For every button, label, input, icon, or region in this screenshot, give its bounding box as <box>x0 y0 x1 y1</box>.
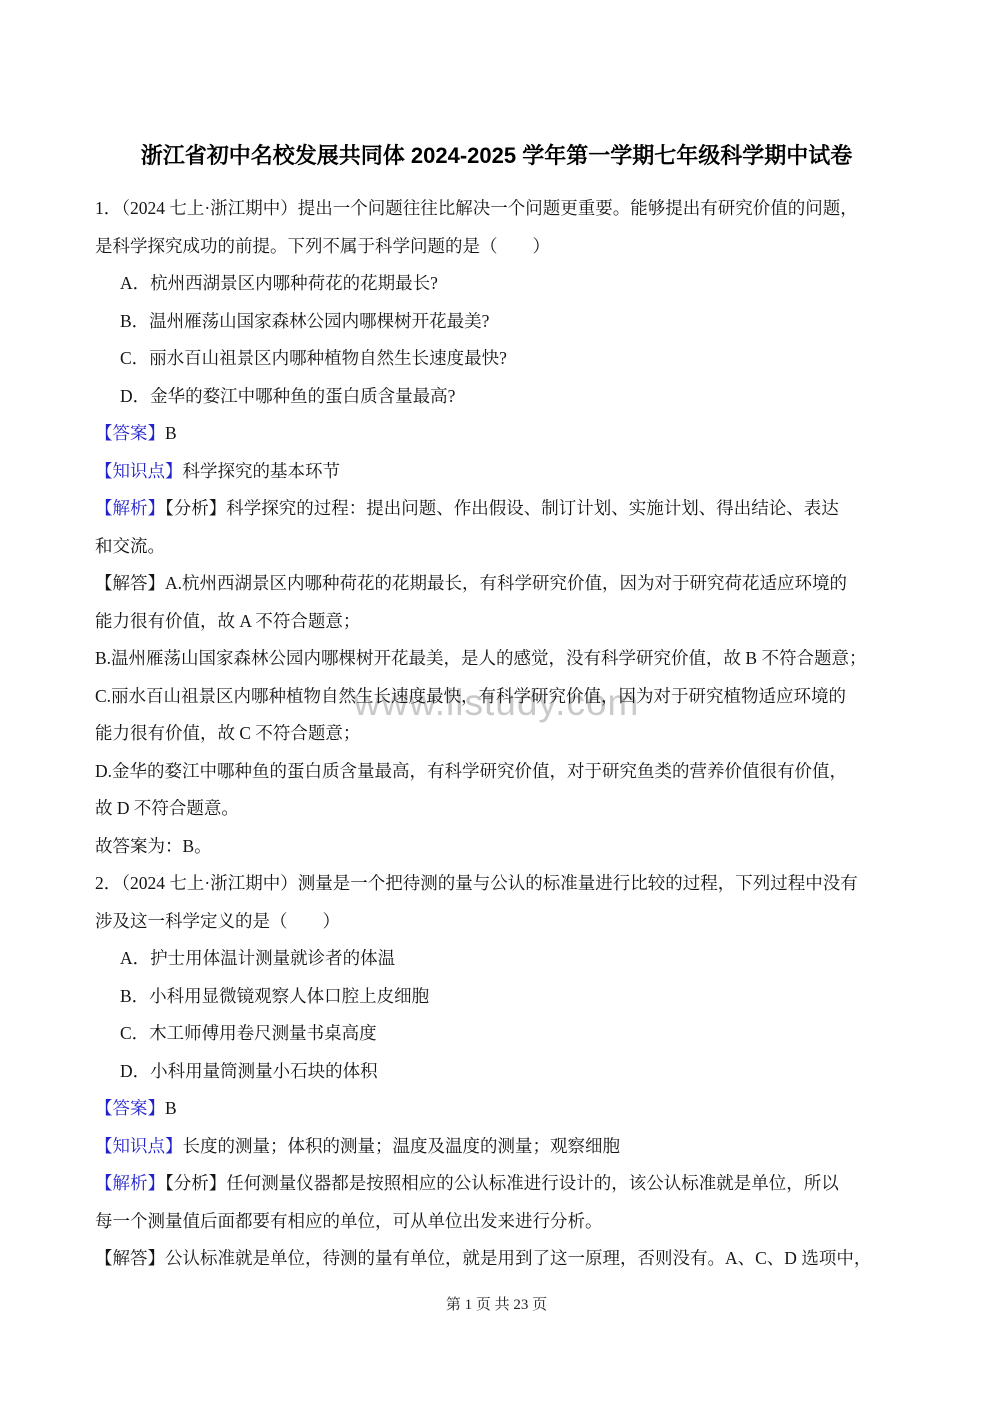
line-text: D．小科用量筒测量小石块的体积 <box>120 1061 378 1081</box>
line-text: B.温州雁荡山国家森林公园内哪棵树开花最美，是人的感觉，没有科学研究价值，故 B… <box>95 648 866 668</box>
line-text: 【分析】科学探究的过程：提出问题、作出假设、制订计划、实施计划、得出结论、表达 <box>165 498 839 518</box>
q1-answer-line: 【答案】B <box>95 415 907 453</box>
line-text: 【分析】任何测量仪器都是按照相应的公认标准进行设计的，该公认标准就是单位，所以 <box>165 1173 839 1193</box>
q1-solution-line-4: C.丽水百山祖景区内哪种植物自然生长速度最快，有科学研究价值，因为对于研究植物适… <box>95 678 907 716</box>
q1-solution-line-6: D.金华的婺江中哪种鱼的蛋白质含量最高，有科学研究价值，对于研究鱼类的营养价值很… <box>95 753 907 791</box>
q1-conclusion-line: 故答案为：B。 <box>95 828 907 866</box>
q1-knowledge-points-line: 【知识点】科学探究的基本环节 <box>95 453 907 491</box>
line-text: 涉及这一科学定义的是（ ） <box>95 911 340 931</box>
q1-analysis-line-2: 和交流。 <box>95 528 907 566</box>
line-text: 2．（2024 七上·浙江期中）测量是一个把待测的量与公认的标准量进行比较的过程… <box>95 873 858 893</box>
line-text: B <box>165 1098 177 1118</box>
knowledge-label: 【知识点】 <box>95 1136 183 1156</box>
line-text: D.金华的婺江中哪种鱼的蛋白质含量最高，有科学研究价值，对于研究鱼类的营养价值很… <box>95 761 847 781</box>
analysis-label: 【解析】 <box>95 1173 165 1193</box>
line-text: B．温州雁荡山国家森林公园内哪棵树开花最美? <box>120 311 489 331</box>
q1-option-c: C．丽水百山祖景区内哪种植物自然生长速度最快? <box>95 340 907 378</box>
line-text: 科学探究的基本环节 <box>183 461 341 481</box>
line-text: 能力很有价值，故 A 不符合题意； <box>95 611 360 631</box>
document-body: 1．（2024 七上·浙江期中）提出一个问题往往比解决一个问题更重要。能够提出有… <box>95 190 907 1278</box>
q1-option-b: B．温州雁荡山国家森林公园内哪棵树开花最美? <box>95 303 907 341</box>
q1-stem-line-1: 1．（2024 七上·浙江期中）提出一个问题往往比解决一个问题更重要。能够提出有… <box>95 190 907 228</box>
line-text: 长度的测量；体积的测量；温度及温度的测量；观察细胞 <box>183 1136 621 1156</box>
answer-label: 【答案】 <box>95 1098 165 1118</box>
knowledge-label: 【知识点】 <box>95 461 183 481</box>
q2-option-b: B．小科用显微镜观察人体口腔上皮细胞 <box>95 978 907 1016</box>
q1-option-d: D．金华的婺江中哪种鱼的蛋白质含量最高? <box>95 378 907 416</box>
q1-analysis-line-1: 【解析】【分析】科学探究的过程：提出问题、作出假设、制订计划、实施计划、得出结论… <box>95 490 907 528</box>
page-footer: 第 1 页 共 23 页 <box>0 1293 993 1314</box>
line-text: C．木工师傅用卷尺测量书桌高度 <box>120 1023 377 1043</box>
line-text: A．护士用体温计测量就诊者的体温 <box>120 948 395 968</box>
line-text: B <box>165 423 177 443</box>
q1-solution-line-1: 【解答】A.杭州西湖景区内哪种荷花的花期最长，有科学研究价值，因为对于研究荷花适… <box>95 565 907 603</box>
line-text: C．丽水百山祖景区内哪种植物自然生长速度最快? <box>120 348 507 368</box>
page-title: 浙江省初中名校发展共同体 2024-2025 学年第一学期七年级科学期中试卷 <box>0 139 993 170</box>
line-text: 故 D 不符合题意。 <box>95 798 239 818</box>
q1-solution-line-2: 能力很有价值，故 A 不符合题意； <box>95 603 907 641</box>
q2-option-d: D．小科用量筒测量小石块的体积 <box>95 1053 907 1091</box>
line-text: 是科学探究成功的前提。下列不属于科学问题的是（ ） <box>95 236 550 256</box>
answer-label: 【答案】 <box>95 423 165 443</box>
q1-option-a: A．杭州西湖景区内哪种荷花的花期最长? <box>95 265 907 303</box>
line-text: 1．（2024 七上·浙江期中）提出一个问题往往比解决一个问题更重要。能够提出有… <box>95 198 858 218</box>
q2-option-c: C．木工师傅用卷尺测量书桌高度 <box>95 1015 907 1053</box>
q1-solution-line-7: 故 D 不符合题意。 <box>95 790 907 828</box>
analysis-label: 【解析】 <box>95 498 165 518</box>
q2-answer-line: 【答案】B <box>95 1090 907 1128</box>
q1-stem-line-2: 是科学探究成功的前提。下列不属于科学问题的是（ ） <box>95 228 907 266</box>
line-text: B．小科用显微镜观察人体口腔上皮细胞 <box>120 986 429 1006</box>
q2-stem-line-1: 2．（2024 七上·浙江期中）测量是一个把待测的量与公认的标准量进行比较的过程… <box>95 865 907 903</box>
line-text: 【解答】A.杭州西湖景区内哪种荷花的花期最长，有科学研究价值，因为对于研究荷花适… <box>95 573 847 593</box>
q2-knowledge-points-line: 【知识点】长度的测量；体积的测量；温度及温度的测量；观察细胞 <box>95 1128 907 1166</box>
line-text: C.丽水百山祖景区内哪种植物自然生长速度最快，有科学研究价值，因为对于研究植物适… <box>95 686 846 706</box>
line-text: 和交流。 <box>95 536 165 556</box>
q2-stem-line-2: 涉及这一科学定义的是（ ） <box>95 903 907 941</box>
line-text: 能力很有价值，故 C 不符合题意； <box>95 723 360 743</box>
q2-solution-line-1: 【解答】公认标准就是单位，待测的量有单位，就是用到了这一原理，否则没有。A、C、… <box>95 1240 907 1278</box>
line-text: D．金华的婺江中哪种鱼的蛋白质含量最高? <box>120 386 455 406</box>
line-text: A．杭州西湖景区内哪种荷花的花期最长? <box>120 273 438 293</box>
q2-option-a: A．护士用体温计测量就诊者的体温 <box>95 940 907 978</box>
line-text: 【解答】公认标准就是单位，待测的量有单位，就是用到了这一原理，否则没有。A、C、… <box>95 1248 871 1268</box>
line-text: 故答案为：B。 <box>95 836 212 856</box>
line-text: 每一个测量值后面都要有相应的单位，可从单位出发来进行分析。 <box>95 1211 603 1231</box>
q1-solution-line-5: 能力很有价值，故 C 不符合题意； <box>95 715 907 753</box>
q2-analysis-line-2: 每一个测量值后面都要有相应的单位，可从单位出发来进行分析。 <box>95 1203 907 1241</box>
q1-solution-line-3: B.温州雁荡山国家森林公园内哪棵树开花最美，是人的感觉，没有科学研究价值，故 B… <box>95 640 907 678</box>
q2-analysis-line-1: 【解析】【分析】任何测量仪器都是按照相应的公认标准进行设计的，该公认标准就是单位… <box>95 1165 907 1203</box>
